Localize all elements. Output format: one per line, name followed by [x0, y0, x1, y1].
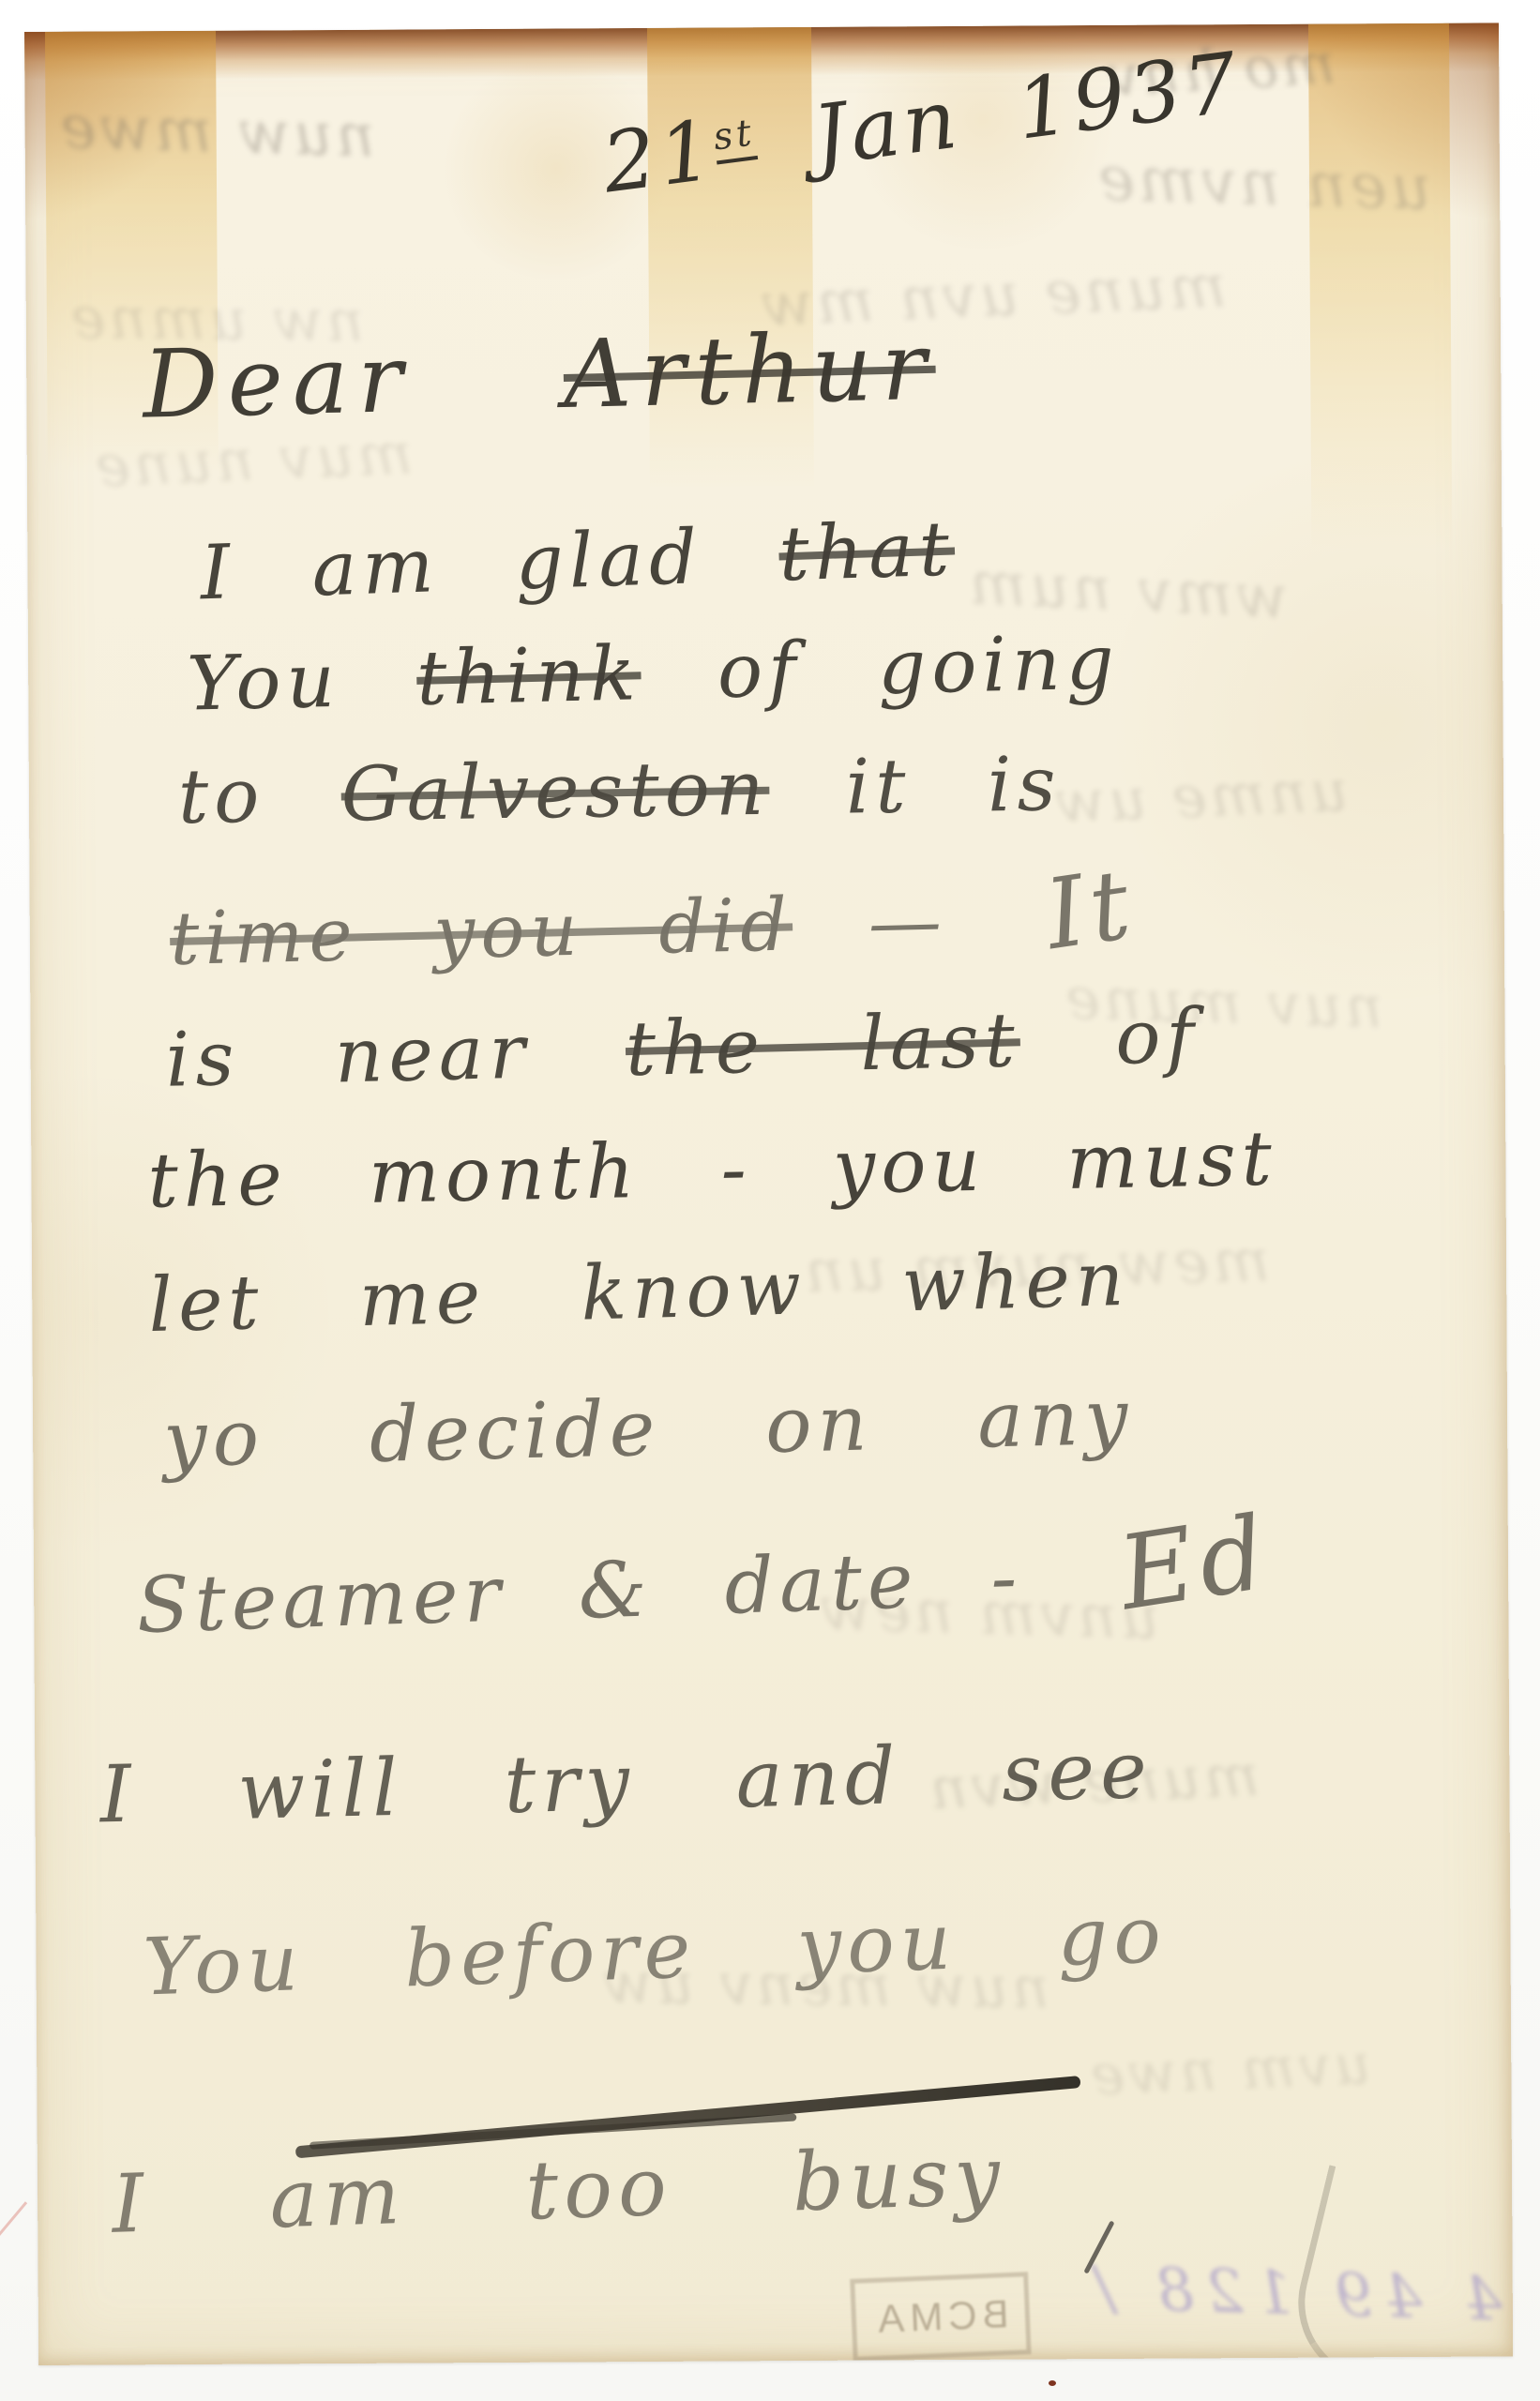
letter-text: I am too busy: [111, 2129, 1007, 2252]
letter-line: I am too busy: [111, 2129, 1007, 2252]
letter-text: I will try and see: [98, 1724, 1153, 1840]
tape-strip-right: [1308, 23, 1452, 550]
struck-word: time you did: [169, 883, 793, 982]
salutation-dear: Dear: [142, 320, 565, 440]
accession-number: 1964 49 128 /: [1082, 2254, 1513, 2339]
debris-speck: [1049, 2380, 1056, 2386]
struck-word: think: [415, 629, 642, 722]
letter-text: to: [177, 751, 341, 841]
scanner-scratch: [0, 2201, 27, 2254]
struck-word: the last: [625, 996, 1021, 1093]
letter-paper-sheet: nuw mwe mo hnv uen nvme mune uvn mw nw u…: [24, 23, 1513, 2365]
letter-line: the month - you must: [147, 1114, 1278, 1224]
letter-text: Ed: [1111, 1493, 1278, 1633]
letter-line: I am glad that: [199, 505, 956, 616]
letter-text: I am glad: [199, 510, 780, 616]
letter-line: I will try and see: [98, 1724, 1153, 1840]
bleed-through-text: nuw mwe: [56, 93, 376, 172]
date-day: 21: [597, 101, 721, 212]
letter-text: is near: [165, 1005, 627, 1104]
letter-line: to Galveston it is: [177, 740, 1062, 840]
letter-text: You: [186, 635, 417, 728]
salutation-line: Dear Arthur: [142, 311, 937, 440]
letter-text: of going: [640, 618, 1120, 717]
bleed-through-text: unme uw: [1050, 756, 1350, 837]
letter-text: —: [792, 878, 1024, 968]
scanned-letter: nuw mwe mo hnv uen nvme mune uvn mw nw u…: [0, 0, 1540, 2401]
letter-line: is near the last of: [165, 992, 1200, 1104]
letter-text: it is: [769, 740, 1063, 832]
letter-text: yo decide on any: [162, 1373, 1134, 1485]
struck-word: Galveston: [340, 745, 770, 838]
letter-text: It: [1039, 848, 1142, 972]
bcma-stamp-text: BCMA: [871, 2291, 1009, 2342]
letter-text: the month - you must: [147, 1114, 1278, 1224]
date-ordinal: st: [711, 111, 759, 164]
letter-line: let me know when: [147, 1235, 1130, 1349]
letter-text: of: [1019, 992, 1200, 1083]
letter-line: time you did — It: [169, 853, 1137, 988]
salutation-name-struck: Arthur: [562, 311, 936, 430]
bleed-through-text: uvm nwe: [1086, 2031, 1372, 2108]
struck-word: that: [778, 505, 956, 597]
letter-line: yo decide on any: [162, 1373, 1134, 1485]
letter-line: You think of going: [186, 618, 1120, 727]
bcma-stamp: BCMA: [850, 2272, 1031, 2362]
letter-text: let me know when: [147, 1235, 1130, 1349]
bleed-through-text: uen nvme: [1094, 143, 1432, 224]
